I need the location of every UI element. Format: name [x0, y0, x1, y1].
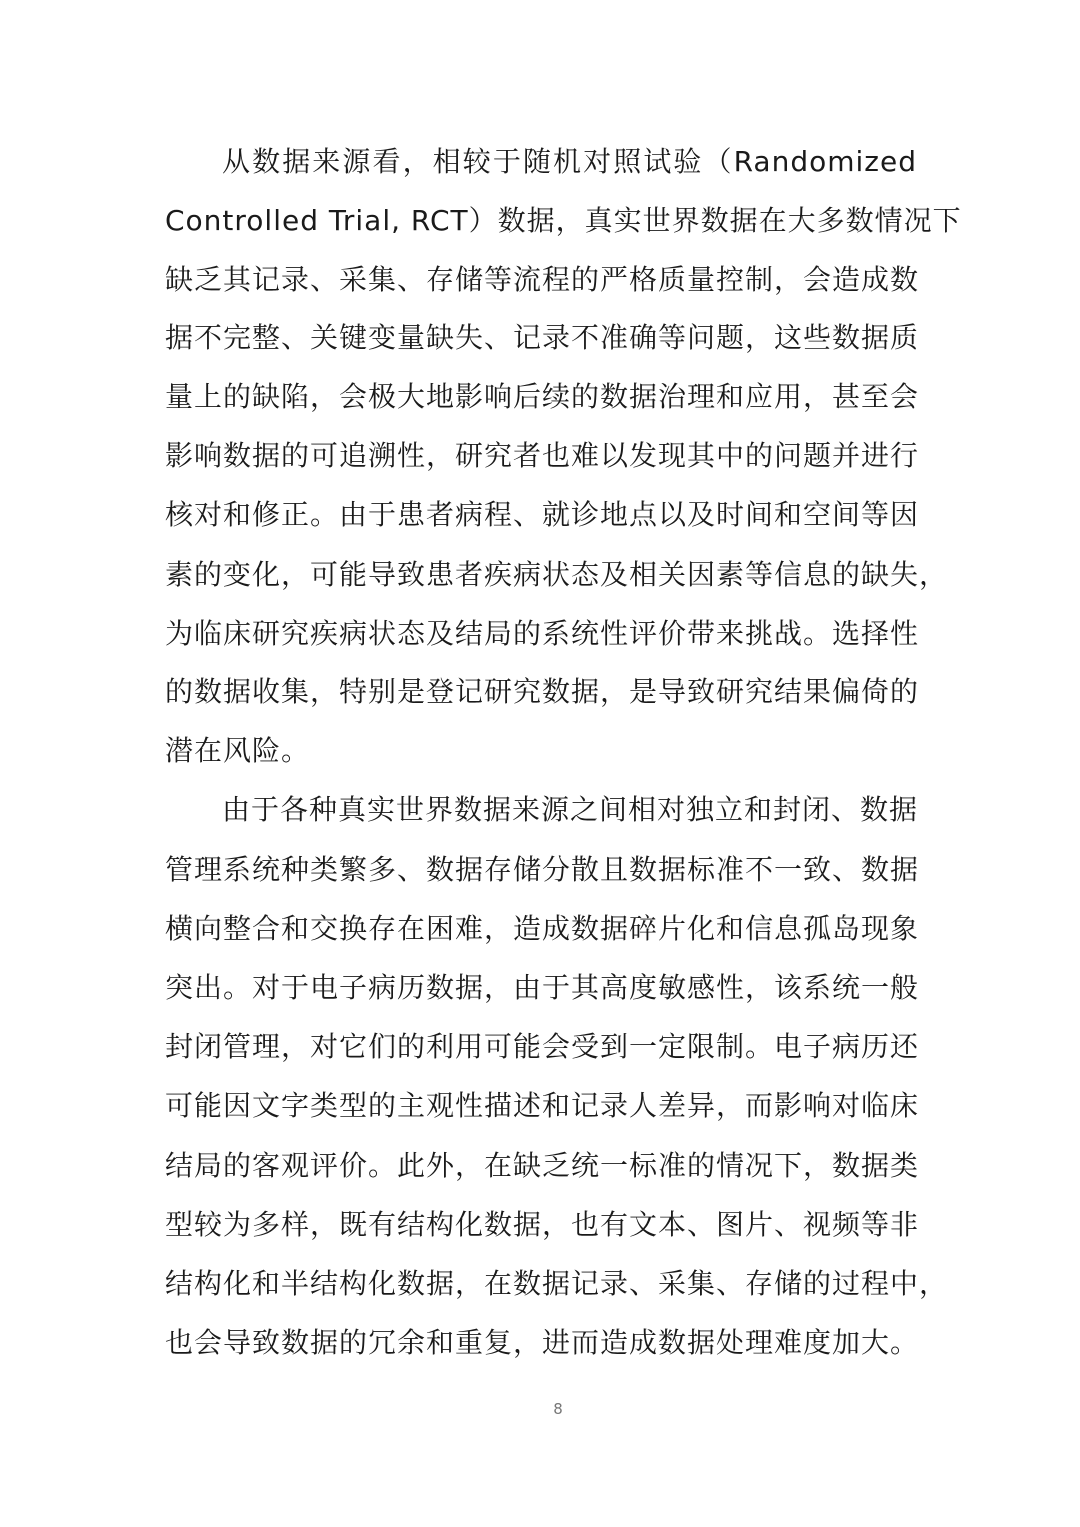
- paragraph-2-line-4: 突出。对于电子病历数据，由于其高度敏感性，该系统一般: [165, 968, 917, 1008]
- paragraph-1-line-9: 为临床研究疾病状态及结局的系统性评价带来挑战。选择性: [165, 614, 917, 654]
- paragraph-1-line-10: 的数据收集，特别是登记研究数据，是导致研究结果偏倚的: [165, 672, 917, 712]
- paragraph-1-line-7: 核对和修正。由于患者病程、就诊地点以及时间和空间等因: [165, 495, 917, 535]
- paragraph-2-line-5: 封闭管理，对它们的利用可能会受到一定限制。电子病历还: [165, 1027, 917, 1067]
- page-number: 8: [548, 1400, 568, 1418]
- document-page: 从数据来源看，相较于随机对照试验（Randomized Controlled T…: [0, 0, 1080, 1527]
- paragraph-1-line-11: 潜在风险。: [165, 731, 917, 771]
- paragraph-1-line-4: 据不完整、关键变量缺失、记录不准确等问题，这些数据质: [165, 318, 917, 358]
- paragraph-2-line-1: 由于各种真实世界数据来源之间相对独立和封闭、数据: [222, 790, 917, 830]
- paragraph-1-line-8: 素的变化，可能导致患者疾病状态及相关因素等信息的缺失，: [165, 555, 917, 595]
- paragraph-1-line-1: 从数据来源看，相较于随机对照试验（Randomized: [222, 142, 917, 182]
- paragraph-2-line-10: 也会导致数据的冗余和重复，进而造成数据处理难度加大。: [165, 1323, 917, 1363]
- paragraph-2-line-9: 结构化和半结构化数据，在数据记录、采集、存储的过程中，: [165, 1264, 917, 1304]
- paragraph-1-line-5: 量上的缺陷，会极大地影响后续的数据治理和应用，甚至会: [165, 377, 917, 417]
- paragraph-2-line-2: 管理系统种类繁多、数据存储分散且数据标准不一致、数据: [165, 850, 917, 890]
- paragraph-2-line-6: 可能因文字类型的主观性描述和记录人差异，而影响对临床: [165, 1086, 917, 1126]
- paragraph-1-line-3: 缺乏其记录、采集、存储等流程的严格质量控制，会造成数: [165, 260, 917, 300]
- paragraph-2-line-8: 型较为多样，既有结构化数据，也有文本、图片、视频等非: [165, 1205, 917, 1245]
- paragraph-1-line-6: 影响数据的可追溯性，研究者也难以发现其中的问题并进行: [165, 436, 917, 476]
- paragraph-1-line-2: Controlled Trial, RCT）数据，真实世界数据在大多数情况下: [165, 201, 917, 241]
- paragraph-2-line-7: 结局的客观评价。此外，在缺乏统一标准的情况下，数据类: [165, 1146, 917, 1186]
- paragraph-2-line-3: 横向整合和交换存在困难，造成数据碎片化和信息孤岛现象: [165, 909, 917, 949]
